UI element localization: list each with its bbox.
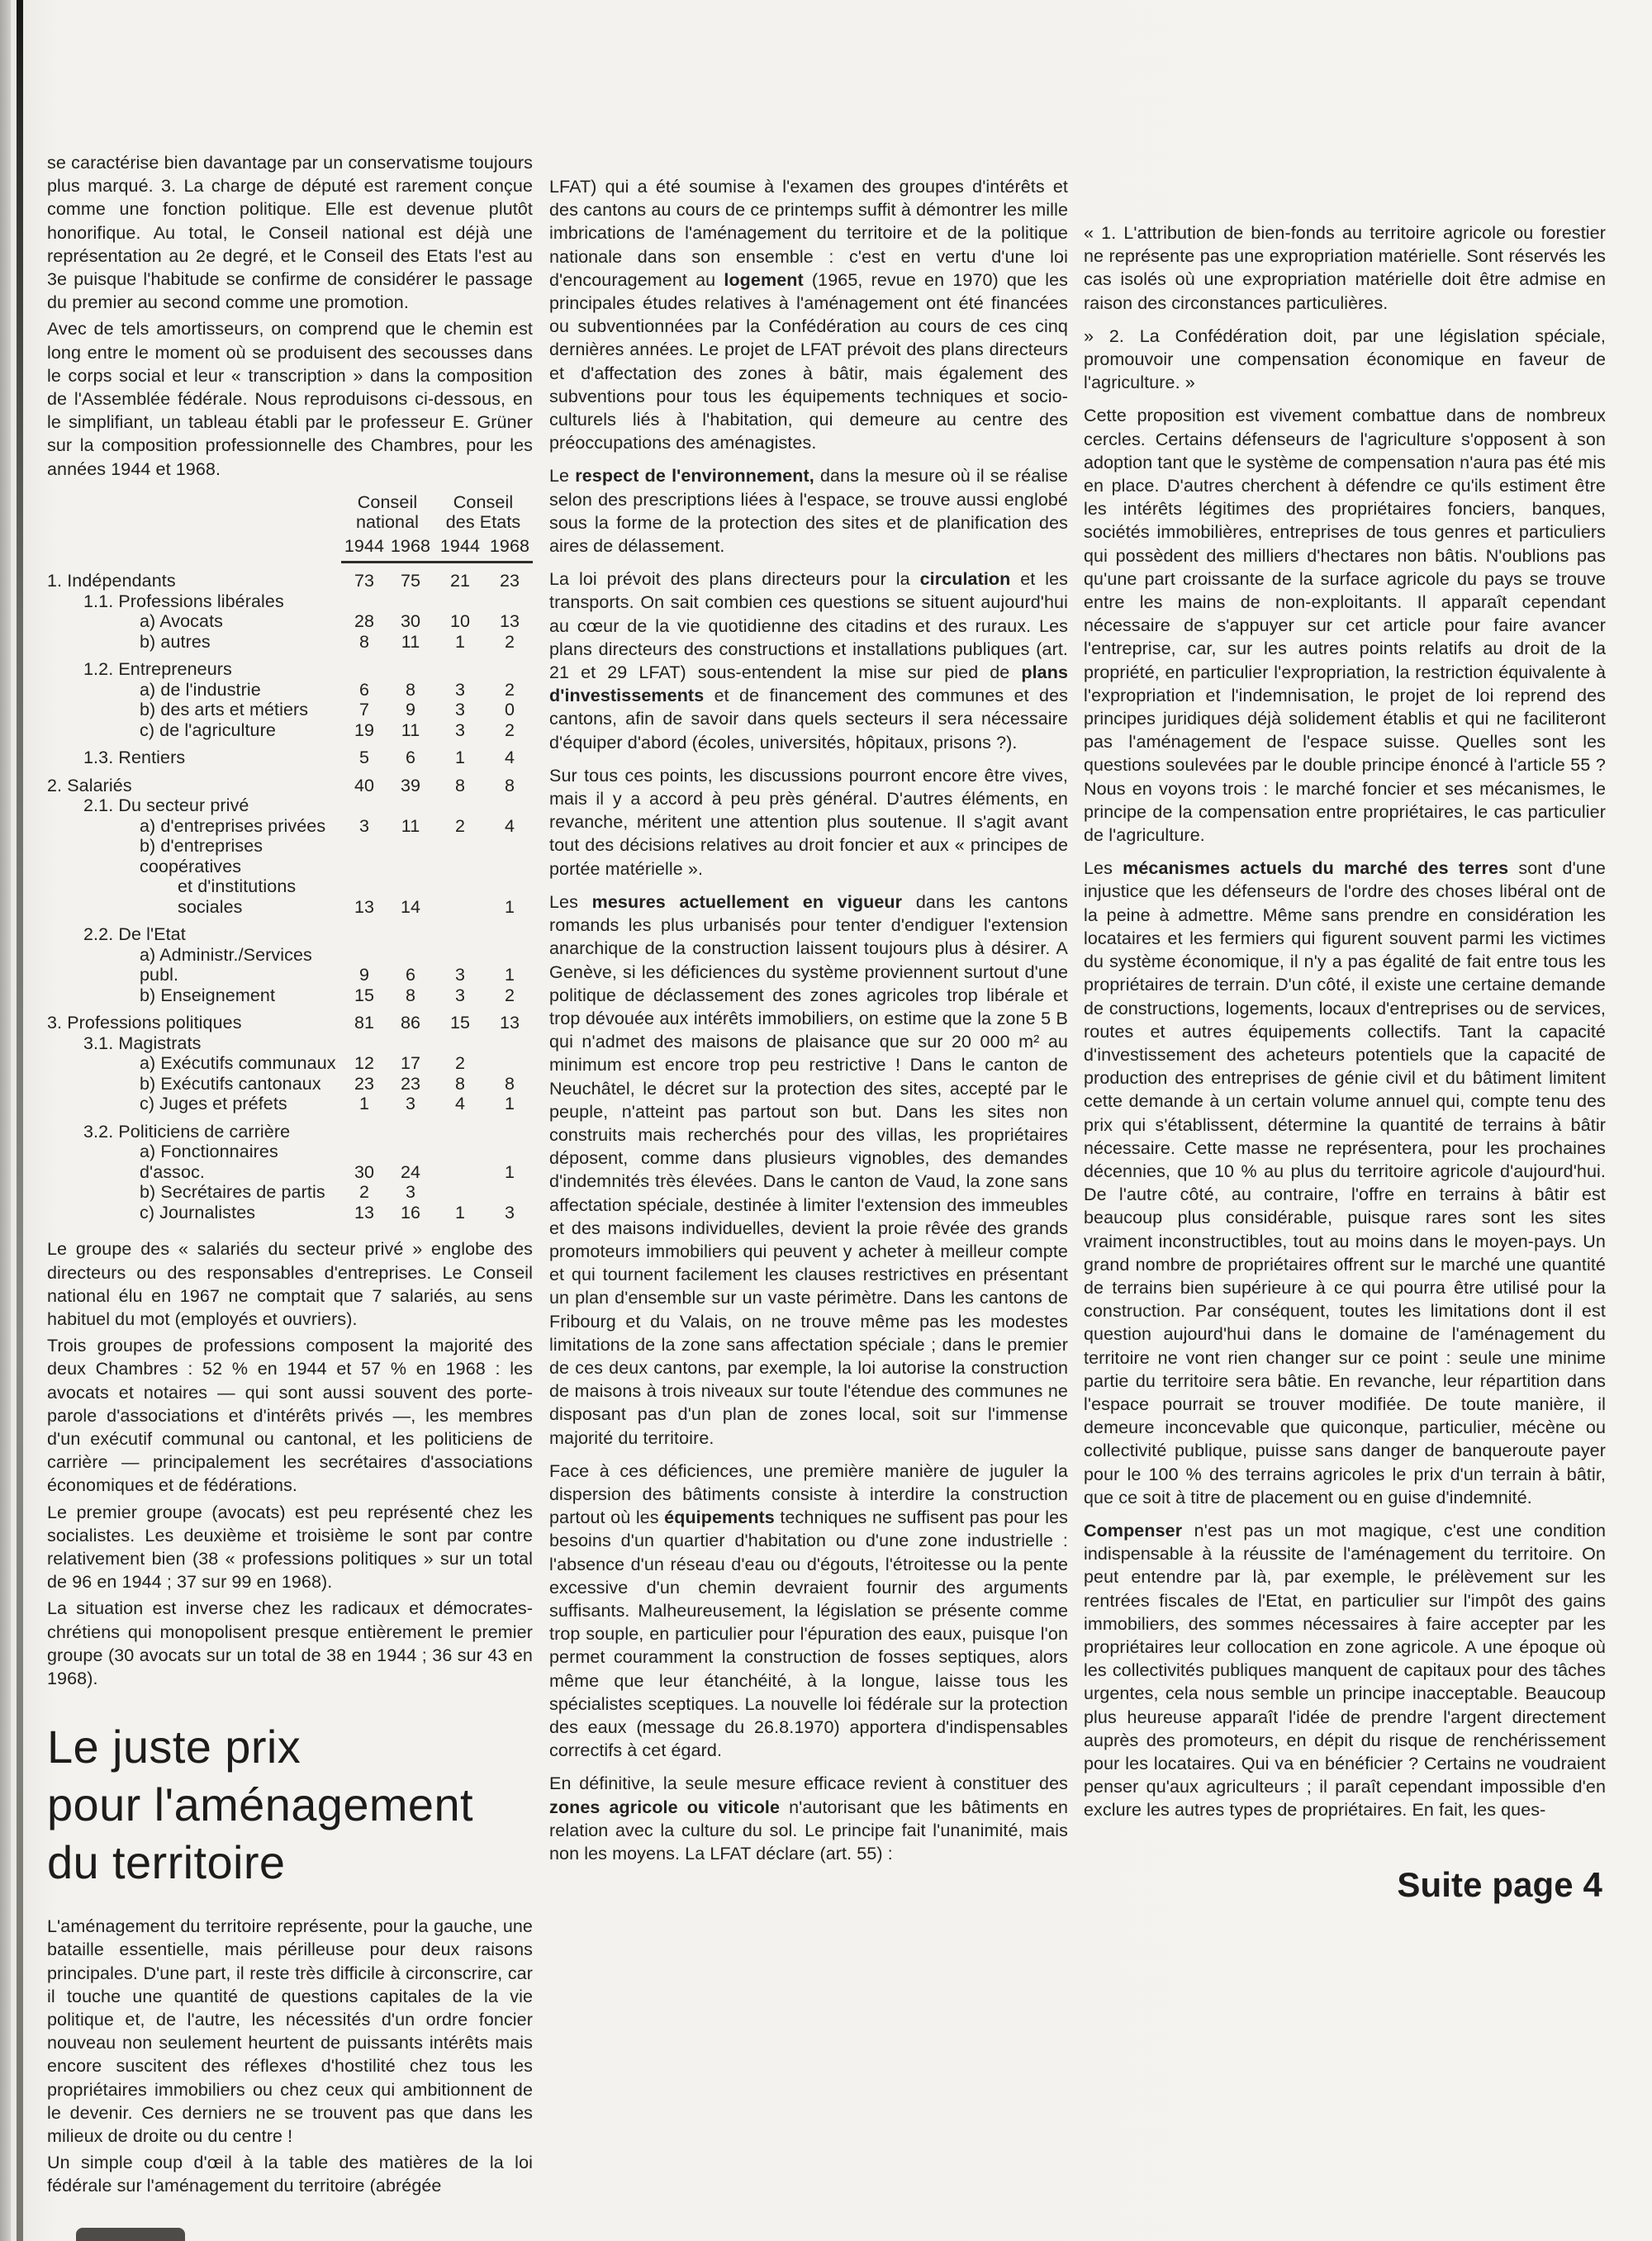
column-middle: LFAT) qui a été soumise à l'examen des g… bbox=[549, 175, 1068, 1875]
row-value: 11 bbox=[387, 720, 434, 741]
text-run: dans les cantons romands les plus urbani… bbox=[549, 892, 1068, 1448]
table-col-group: Conseil national bbox=[341, 492, 434, 533]
paragraph: L'aménagement du territoire représente, … bbox=[47, 1915, 533, 2148]
row-label: 3. Professions politiques bbox=[47, 1013, 341, 1033]
row-value: 75 bbox=[387, 571, 434, 591]
row-value: 3 bbox=[341, 816, 387, 837]
row-value: 2 bbox=[434, 816, 487, 837]
row-value: 19 bbox=[341, 720, 387, 741]
table-row: 3.2. Politiciens de carrière bbox=[47, 1122, 533, 1142]
row-value: 8 bbox=[434, 776, 487, 796]
row-value: 8 bbox=[487, 1074, 533, 1094]
text-run: se caractérise bien davantage par un con… bbox=[47, 153, 533, 312]
row-value: 2 bbox=[487, 720, 533, 741]
row-label: 2.1. Du secteur privé bbox=[47, 795, 341, 816]
paragraph: En définitive, la seule mesure efficace … bbox=[549, 1772, 1068, 1865]
row-label: a) d'entreprises privées bbox=[47, 816, 341, 837]
column-left: se caractérise bien davantage par un con… bbox=[47, 151, 533, 2201]
row-value: 2 bbox=[487, 632, 533, 653]
row-value: 4 bbox=[487, 748, 533, 768]
paragraph: Le groupe des « salariés du secteur priv… bbox=[47, 1237, 533, 1331]
headline-line: Le juste prix bbox=[47, 1718, 533, 1776]
table-row: a) d'entreprises privées31124 bbox=[47, 816, 533, 837]
table-row: b) Secrétaires de partis23 bbox=[47, 1182, 533, 1203]
table-row: 1.2. Entrepreneurs bbox=[47, 659, 533, 680]
row-value: 3 bbox=[434, 985, 487, 1006]
row-value: 2 bbox=[341, 1182, 387, 1203]
text-run: L'aménagement du territoire représente, … bbox=[47, 1916, 533, 2146]
continuation-note: Suite page 4 bbox=[1084, 1873, 1606, 1897]
bold-phrase: circulation bbox=[920, 569, 1011, 589]
row-value: 1 bbox=[487, 1094, 533, 1114]
table-rule-row bbox=[47, 556, 533, 571]
paragraph: Avec de tels amortisseurs, on comprend q… bbox=[47, 317, 533, 480]
text-run: La loi prévoit des plans directeurs pour… bbox=[549, 569, 920, 589]
table-col-group: Conseil des Etats bbox=[434, 492, 533, 533]
table-row: 3.1. Magistrats bbox=[47, 1033, 533, 1054]
year-label: 1944 bbox=[434, 536, 487, 557]
row-value: 1 bbox=[487, 897, 533, 918]
row-value: 0 bbox=[487, 700, 533, 720]
table-row: a) Fonctionnaires d'assoc.30241 bbox=[47, 1142, 533, 1182]
row-value: 7 bbox=[341, 700, 387, 720]
row-label: b) Exécutifs cantonaux bbox=[47, 1074, 341, 1094]
row-value: 3 bbox=[434, 700, 487, 720]
row-label: b) des arts et métiers bbox=[47, 700, 341, 720]
row-value: 15 bbox=[341, 985, 387, 1006]
paragraph: Un simple coup d'œil à la table des mati… bbox=[47, 2151, 533, 2197]
row-value: 3 bbox=[487, 1203, 533, 1223]
row-value: 23 bbox=[387, 1074, 434, 1094]
table-row: b) Exécutifs cantonaux232388 bbox=[47, 1074, 533, 1094]
row-label: 2. Salariés bbox=[47, 776, 341, 796]
row-value: 1 bbox=[434, 748, 487, 768]
bold-phrase: logement bbox=[724, 270, 803, 290]
paragraph: Face à ces déficiences, une première man… bbox=[549, 1460, 1068, 1763]
row-value: 23 bbox=[487, 571, 533, 591]
row-value: 39 bbox=[387, 776, 434, 796]
row-value: 30 bbox=[341, 1162, 387, 1183]
row-label: a) Avocats bbox=[47, 611, 341, 632]
table-row: b) Enseignement15832 bbox=[47, 985, 533, 1006]
row-value: 9 bbox=[387, 700, 434, 720]
row-value: 16 bbox=[387, 1203, 434, 1223]
text-run: Avec de tels amortisseurs, on comprend q… bbox=[47, 319, 533, 478]
paragraph: Compenser n'est pas un mot magique, c'es… bbox=[1084, 1519, 1606, 1822]
paragraph: La situation est inverse chez les radica… bbox=[47, 1597, 533, 1690]
table-row: a) Avocats28301013 bbox=[47, 611, 533, 632]
table-row: 2. Salariés403988 bbox=[47, 776, 533, 796]
table-row: 2.2. De l'Etat bbox=[47, 924, 533, 945]
row-label: b) autres bbox=[47, 632, 341, 653]
bold-phrase: zones agricole ou viticole bbox=[549, 1797, 780, 1817]
text-run: n'est pas un mot magique, c'est une cond… bbox=[1084, 1521, 1606, 1820]
column-right: « 1. L'attribution de bien-fonds au terr… bbox=[1084, 221, 1606, 1897]
bold-phrase: Compenser bbox=[1084, 1521, 1182, 1541]
row-label: 1. Indépendants bbox=[47, 571, 341, 591]
year-label: 1968 bbox=[487, 536, 533, 557]
row-value: 3 bbox=[434, 720, 487, 741]
scan-smudge bbox=[76, 2228, 185, 2241]
row-value: 1 bbox=[487, 965, 533, 985]
row-label: 2.2. De l'Etat bbox=[47, 924, 341, 945]
row-value: 6 bbox=[387, 965, 434, 985]
scan-fold-line bbox=[17, 0, 23, 2241]
row-value: 3 bbox=[434, 680, 487, 700]
row-value: 11 bbox=[387, 816, 434, 837]
table-row: a) Administr./Services publ.9631 bbox=[47, 945, 533, 985]
row-value: 8 bbox=[387, 680, 434, 700]
text-run: La situation est inverse chez les radica… bbox=[47, 1598, 533, 1688]
paragraph: « 1. L'attribution de bien-fonds au terr… bbox=[1084, 221, 1606, 315]
text-run: Le premier groupe (avocats) est peu repr… bbox=[47, 1503, 533, 1593]
row-value: 2 bbox=[434, 1053, 487, 1074]
paragraph: La loi prévoit des plans directeurs pour… bbox=[549, 567, 1068, 754]
paragraph: Cette proposition est vivement combattue… bbox=[1084, 404, 1606, 847]
row-label: 1.1. Professions libérales bbox=[47, 591, 341, 612]
row-value: 24 bbox=[387, 1162, 434, 1183]
table-row: a) de l'industrie6832 bbox=[47, 680, 533, 700]
text-run: « 1. L'attribution de bien-fonds au terr… bbox=[1084, 223, 1606, 313]
row-value: 86 bbox=[387, 1013, 434, 1033]
row-value: 3 bbox=[387, 1094, 434, 1114]
row-label: 1.2. Entrepreneurs bbox=[47, 659, 341, 680]
bold-phrase: équipements bbox=[664, 1507, 775, 1527]
paragraph: » 2. La Confédération doit, par une légi… bbox=[1084, 325, 1606, 395]
row-label: 3.1. Magistrats bbox=[47, 1033, 341, 1054]
row-label: a) Administr./Services publ. bbox=[47, 945, 341, 985]
row-value: 6 bbox=[341, 680, 387, 700]
text-run: Cette proposition est vivement combattue… bbox=[1084, 406, 1606, 845]
row-label: b) Enseignement bbox=[47, 985, 341, 1006]
row-value: 1 bbox=[434, 1203, 487, 1223]
bold-phrase: mesures actuellement en vigueur bbox=[592, 892, 902, 912]
table-row: c) de l'agriculture191132 bbox=[47, 720, 533, 741]
paragraph: Les mécanismes actuels du marché des ter… bbox=[1084, 857, 1606, 1509]
row-value: 1 bbox=[434, 632, 487, 653]
paragraph: Trois groupes de professions composent l… bbox=[47, 1334, 533, 1497]
scan-edge-strip bbox=[0, 0, 11, 2241]
row-value: 13 bbox=[341, 1203, 387, 1223]
text-run: Un simple coup d'œil à la table des mati… bbox=[47, 2153, 533, 2196]
row-label: c) Juges et préfets bbox=[47, 1094, 341, 1114]
row-value: 6 bbox=[387, 748, 434, 768]
row-value: 21 bbox=[434, 571, 487, 591]
row-value: 13 bbox=[487, 611, 533, 632]
bold-phrase: mécanismes actuels du marché des terres bbox=[1123, 858, 1508, 878]
row-value: 13 bbox=[487, 1013, 533, 1033]
table-row: et d'institutions sociales13141 bbox=[47, 876, 533, 917]
row-value: 3 bbox=[387, 1182, 434, 1203]
paragraph: LFAT) qui a été soumise à l'examen des g… bbox=[549, 175, 1068, 454]
row-value: 1 bbox=[487, 1162, 533, 1183]
table-row: 3. Professions politiques81861513 bbox=[47, 1013, 533, 1033]
row-label: b) d'entreprises coopératives bbox=[47, 836, 341, 876]
row-value: 5 bbox=[341, 748, 387, 768]
row-value: 8 bbox=[434, 1074, 487, 1094]
table-row: 1.3. Rentiers5614 bbox=[47, 748, 533, 768]
row-value: 11 bbox=[387, 632, 434, 653]
paragraph: Sur tous ces points, les discussions pou… bbox=[549, 764, 1068, 881]
row-label: 1.3. Rentiers bbox=[47, 748, 341, 768]
row-value: 8 bbox=[341, 632, 387, 653]
row-label: 3.2. Politiciens de carrière bbox=[47, 1122, 341, 1142]
row-value: 30 bbox=[387, 611, 434, 632]
row-value: 4 bbox=[434, 1094, 487, 1114]
row-value: 13 bbox=[341, 897, 387, 918]
row-value: 10 bbox=[434, 611, 487, 632]
row-label: c) Journalistes bbox=[47, 1203, 341, 1223]
row-value: 8 bbox=[487, 776, 533, 796]
table-row: c) Juges et préfets1341 bbox=[47, 1094, 533, 1114]
text-run: » 2. La Confédération doit, par une légi… bbox=[1084, 326, 1606, 392]
table-row: 1. Indépendants73752123 bbox=[47, 571, 533, 591]
text-run: Sur tous ces points, les discussions pou… bbox=[549, 766, 1068, 879]
text-run: sont d'une injustice que les défenseurs … bbox=[1084, 858, 1606, 1507]
table-row: 2.1. Du secteur privé bbox=[47, 795, 533, 816]
table-row: b) d'entreprises coopératives bbox=[47, 836, 533, 876]
year-label: 1968 bbox=[387, 536, 434, 557]
paragraph: se caractérise bien davantage par un con… bbox=[47, 151, 533, 314]
text-run: Trois groupes de professions composent l… bbox=[47, 1336, 533, 1495]
text-run: Le groupe des « salariés du secteur priv… bbox=[47, 1239, 533, 1329]
row-value: 2 bbox=[487, 680, 533, 700]
row-value: 2 bbox=[487, 985, 533, 1006]
section-headline: Le juste prixpour l'aménagementdu territ… bbox=[47, 1718, 533, 1892]
row-value: 9 bbox=[341, 965, 387, 985]
table-header-years: 1944196819441968 bbox=[47, 536, 533, 557]
row-label: a) Fonctionnaires d'assoc. bbox=[47, 1142, 341, 1182]
text-run: (1965, revue en 1970) que les principale… bbox=[549, 270, 1068, 453]
text-run: techniques ne suffisent pas pour les bes… bbox=[549, 1507, 1068, 1760]
row-value: 23 bbox=[341, 1074, 387, 1094]
row-value: 15 bbox=[434, 1013, 487, 1033]
table-row: b) autres81112 bbox=[47, 632, 533, 653]
row-value: 3 bbox=[434, 965, 487, 985]
row-value: 14 bbox=[387, 897, 434, 918]
table-row: a) Exécutifs communaux12172 bbox=[47, 1053, 533, 1074]
bold-phrase: respect de l'environnement, bbox=[575, 466, 814, 486]
row-label: a) Exécutifs communaux bbox=[47, 1053, 341, 1074]
text-run: En définitive, la seule mesure efficace … bbox=[549, 1773, 1068, 1793]
newspaper-page: { "page": {"background": "#f4f3ef", "ink… bbox=[0, 0, 1652, 2241]
paragraph: Le premier groupe (avocats) est peu repr… bbox=[47, 1501, 533, 1594]
row-label: c) de l'agriculture bbox=[47, 720, 341, 741]
table-header-groups: Conseil nationalConseil des Etats bbox=[47, 492, 533, 533]
table-row: 1.1. Professions libérales bbox=[47, 591, 533, 612]
table-rule bbox=[341, 561, 533, 563]
headline-line: du territoire bbox=[47, 1834, 533, 1892]
row-value: 17 bbox=[387, 1053, 434, 1074]
text-run: Le bbox=[549, 466, 575, 486]
row-label: et d'institutions sociales bbox=[47, 876, 341, 917]
row-label: a) de l'industrie bbox=[47, 680, 341, 700]
professions-table: Conseil nationalConseil des Etats1944196… bbox=[47, 492, 533, 1223]
row-value: 40 bbox=[341, 776, 387, 796]
year-label: 1944 bbox=[341, 536, 387, 557]
row-value: 4 bbox=[487, 816, 533, 837]
headline-line: pour l'aménagement bbox=[47, 1776, 533, 1834]
row-value: 28 bbox=[341, 611, 387, 632]
table-row: c) Journalistes131613 bbox=[47, 1203, 533, 1223]
row-label: b) Secrétaires de partis bbox=[47, 1182, 341, 1203]
table-row: b) des arts et métiers7930 bbox=[47, 700, 533, 720]
row-value: 81 bbox=[341, 1013, 387, 1033]
row-value: 12 bbox=[341, 1053, 387, 1074]
row-value: 73 bbox=[341, 571, 387, 591]
text-run: Les bbox=[549, 892, 592, 912]
paragraph: Les mesures actuellement en vigueur dans… bbox=[549, 890, 1068, 1450]
row-value: 8 bbox=[387, 985, 434, 1006]
paragraph: Le respect de l'environnement, dans la m… bbox=[549, 464, 1068, 558]
text-run: Les bbox=[1084, 858, 1123, 878]
row-value: 1 bbox=[341, 1094, 387, 1114]
